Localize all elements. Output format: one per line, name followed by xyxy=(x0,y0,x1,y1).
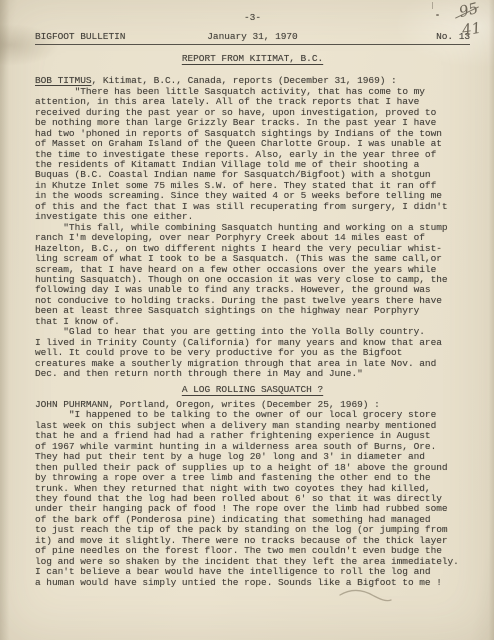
paragraph: "There has been little Sasquatch activit… xyxy=(35,87,470,223)
paragraph: "I happened to be talking to the owner o… xyxy=(35,410,470,588)
section-heading: REPORT FROM KITIMAT, B.C. xyxy=(35,54,470,64)
section-report-from-kitimat: REPORT FROM KITIMAT, B.C. BOB TITMUS, Ki… xyxy=(35,54,470,380)
paragraph: "This fall, while combining Sasquatch hu… xyxy=(35,223,470,328)
pencil-dot-mark xyxy=(436,14,439,16)
author-name: BOB TITMUS xyxy=(35,75,92,86)
pencil-tick-mark xyxy=(432,2,433,9)
byline-rest: , Kitimat, B.C., Canada, reports (Decemb… xyxy=(92,75,397,86)
section-log-rolling-sasquatch: A LOG ROLLING SASQUATCH ? JOHN PUHRMANN,… xyxy=(35,385,470,589)
scanned-document-page: { "page": { "page_number": "-3-", "handw… xyxy=(0,0,494,640)
issue-date: January 31, 1970 xyxy=(207,32,297,42)
handwritten-number: 41 xyxy=(461,19,483,40)
typewritten-page: -3- BIGFOOT BULLETIN January 31, 1970 No… xyxy=(35,13,470,588)
bulletin-title: BIGFOOT BULLETIN xyxy=(35,32,125,42)
masthead: BIGFOOT BULLETIN January 31, 1970 No. 13 xyxy=(35,32,470,44)
page-number: -3- xyxy=(35,13,470,23)
section-heading: A LOG ROLLING SASQUATCH ? xyxy=(35,385,470,395)
byline-rest: , Portland, Oregon, writes (December 25,… xyxy=(108,399,379,410)
paragraph: "Glad to hear that you are getting into … xyxy=(35,327,470,379)
paper-left-edge-shadow xyxy=(0,0,11,640)
pencil-squiggle-mark xyxy=(338,587,394,607)
author-name: JOHN PUHRMANN xyxy=(35,399,108,410)
paper-right-edge-shadow xyxy=(488,0,494,640)
